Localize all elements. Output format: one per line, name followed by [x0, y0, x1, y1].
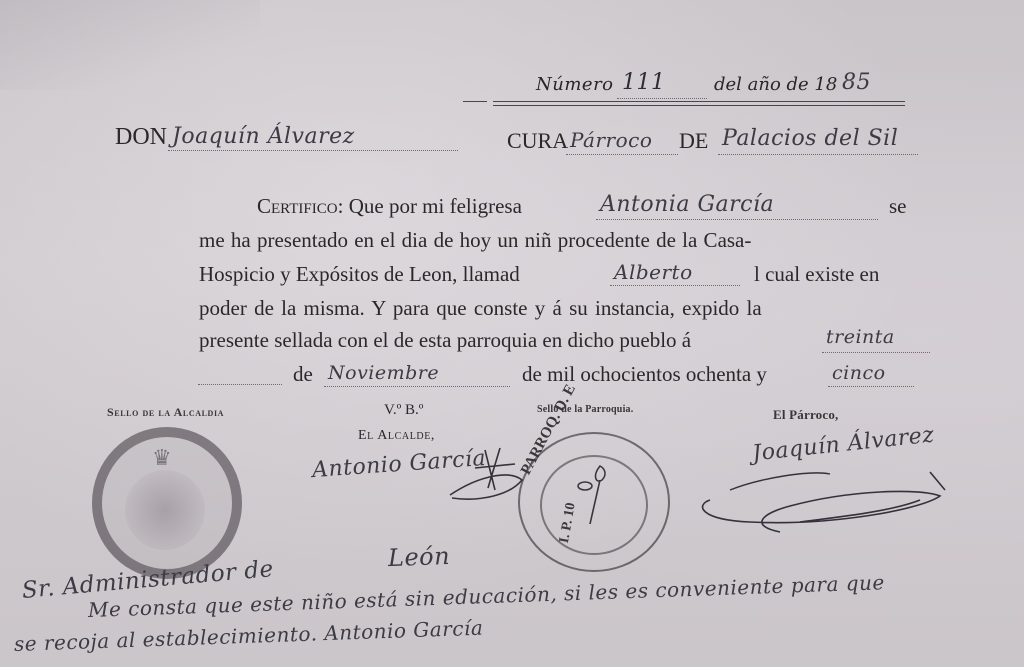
child-name-dotline — [610, 285, 740, 286]
cura-label: CURA — [507, 128, 568, 154]
line6-leading-dotline — [198, 384, 282, 385]
year-word-dotline — [828, 386, 914, 387]
cura-value: Párroco — [570, 128, 652, 152]
year-word: cinco — [832, 362, 886, 384]
body-line-1-text: Que por mi feligresa — [349, 194, 522, 218]
body-line-3-prefix: Hospicio y Expósitos de Leon, llamad — [199, 262, 520, 287]
parroco-rubric-icon — [690, 460, 970, 540]
vb-label: V.º B.º — [384, 402, 423, 419]
year-label: del año de 18 — [714, 74, 837, 95]
month-dotline — [324, 386, 510, 387]
alcalde-rubric-icon — [440, 440, 530, 510]
header-rule-2 — [493, 105, 905, 106]
numero-value: 111 — [622, 70, 666, 95]
de-value: Palacios del Sil — [722, 126, 898, 151]
body-line-4: poder de la misma. Y para que conste y á… — [199, 296, 762, 321]
feligresa-dotline — [596, 219, 878, 220]
don-label: DON — [115, 124, 167, 151]
crown-emblem-icon — [125, 470, 205, 550]
cross-emblem-icon — [572, 462, 622, 532]
body-line-3-suffix: l cual existe en — [754, 262, 879, 287]
header-rule — [493, 101, 905, 102]
body-line-6-middle: de mil ochocientos ochenta y — [522, 362, 767, 387]
parroco-label: El Párroco, — [773, 407, 839, 423]
day-dotline — [822, 352, 930, 353]
numero-label: Número — [536, 74, 614, 95]
body-line-2: me ha presentado en el dia de hoy un niñ… — [199, 228, 751, 253]
don-name: Joaquín Álvarez — [172, 124, 355, 149]
body-line-1-suffix: se — [889, 194, 907, 219]
paper-fold-shadow — [0, 0, 260, 90]
body-line-5-prefix: presente sellada con el de esta parroqui… — [199, 328, 691, 353]
de-dotline — [718, 154, 918, 155]
child-name: Alberto — [614, 260, 693, 284]
line6-de: de — [293, 362, 313, 387]
certifico-label: Certifico: — [257, 194, 343, 218]
body-line-1: Certifico: Que por mi feligresa — [257, 194, 522, 219]
crown-icon: ♛ — [152, 446, 172, 471]
numero-dotline — [617, 98, 707, 99]
de-label: DE — [679, 128, 708, 154]
cura-dotline — [566, 154, 678, 155]
header-rule-short — [463, 101, 487, 102]
month-value: Noviembre — [328, 362, 439, 384]
annotation-line-0: León — [388, 542, 451, 572]
alcalde-label: El Alcalde, — [358, 428, 435, 444]
sello-alcaldia-label: Sello de la Alcaldia — [107, 405, 224, 420]
feligresa-name: Antonia García — [600, 192, 774, 217]
don-dotline — [168, 150, 458, 151]
day-value: treinta — [826, 326, 895, 348]
year-value: 85 — [842, 70, 871, 95]
